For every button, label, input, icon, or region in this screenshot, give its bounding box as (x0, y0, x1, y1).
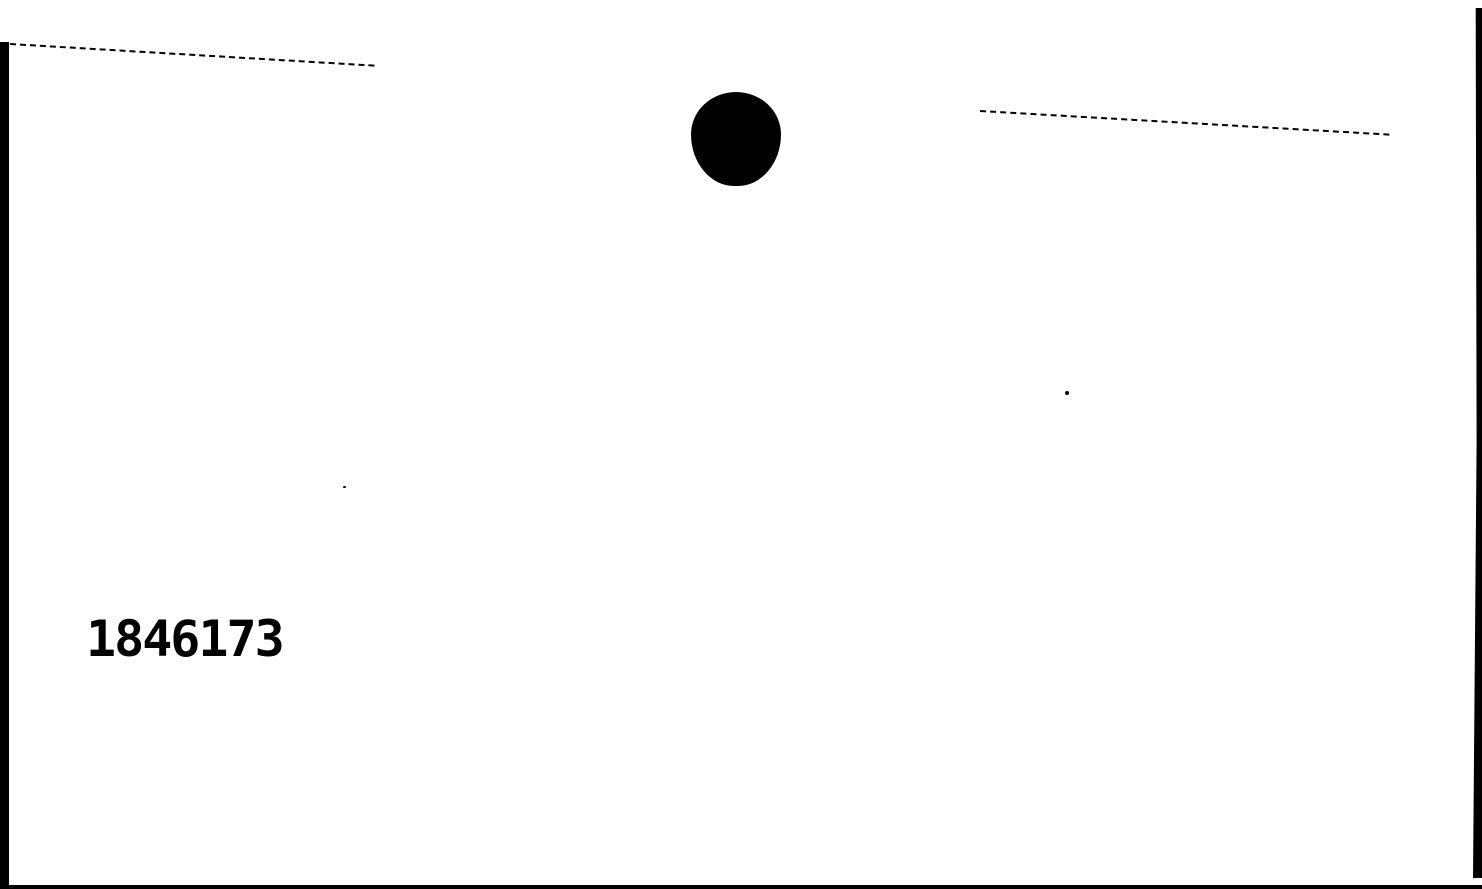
faded-top-rule-right (980, 110, 1389, 137)
faded-top-rule-left (10, 43, 375, 68)
scan-speck (1065, 391, 1069, 395)
punch-hole (691, 92, 781, 186)
scan-speck (343, 486, 346, 488)
card-right-edge (1473, 8, 1482, 878)
card-left-edge (0, 42, 9, 887)
index-card: 1846173 (0, 0, 1482, 889)
card-bottom-edge (0, 885, 1482, 889)
card-number: 1846173 (86, 610, 283, 668)
